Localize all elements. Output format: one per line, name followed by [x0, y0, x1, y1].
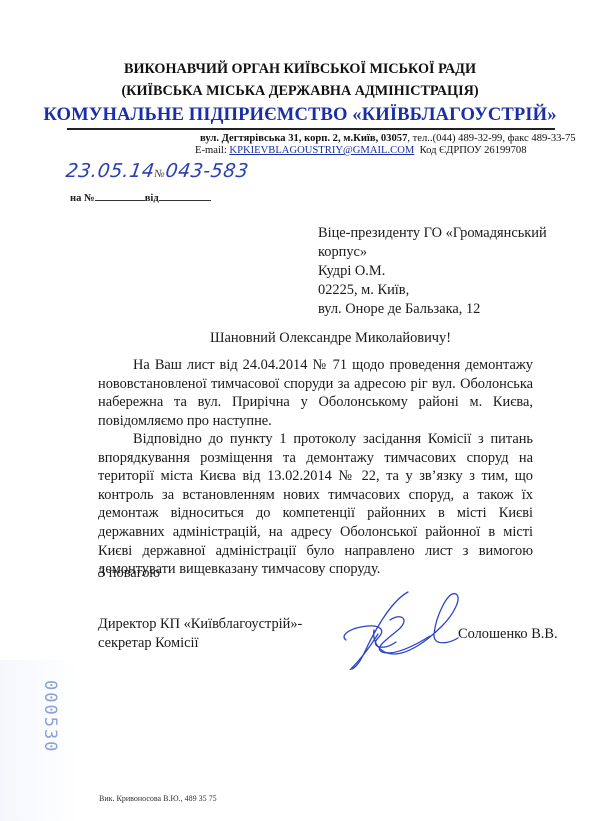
- salutation: Шановний Олександре Миколайовичу!: [210, 330, 451, 347]
- email-link[interactable]: KPKIEVBLAGOUSTRIY@GMAIL.COM: [229, 145, 414, 156]
- signer-title-line: секретар Комісії: [98, 634, 302, 653]
- addressee-line: Віце-президенту ГО «Громадянський: [318, 224, 588, 243]
- signer-title-line: Директор КП «Київблагоустрій»-: [98, 615, 302, 634]
- serial-number-stamp: 000530: [40, 680, 60, 753]
- body-paragraph-1: На Ваш лист від 24.04.2014 № 71 щодо про…: [98, 356, 533, 430]
- letterhead-authority: ВИКОНАВЧИЙ ОРГАН КИЇВСЬКОЇ МІСЬКОЇ РАДИ: [0, 61, 600, 78]
- executor-note: Вик. Кривоносова В.Ю., 489 35 75: [99, 794, 217, 803]
- closing-regards: З повагою: [98, 565, 160, 582]
- address-street: вул. Дегтярівська 31, корп. 2, м.Київ, 0…: [200, 133, 407, 144]
- reply-to-label: на №: [70, 193, 95, 204]
- letterhead-administration: (КИЇВСЬКА МІСЬКА ДЕРЖАВНА АДМІНІСТРАЦІЯ): [0, 83, 600, 100]
- registration-number: 043-583: [164, 160, 250, 182]
- addressee-block: Віце-президенту ГО «Громадянський корпус…: [318, 224, 588, 319]
- reply-number-blank: [95, 190, 145, 201]
- signer-name: Солошенко В.В.: [458, 626, 558, 643]
- reply-date-blank: [159, 190, 211, 201]
- letterhead-address: вул. Дегтярівська 31, корп. 2, м.Київ, 0…: [200, 133, 576, 144]
- from-label: від: [145, 193, 159, 204]
- paragraph-text: Відповідно до пункту 1 протоколу засідан…: [98, 430, 533, 579]
- email-label: E-mail:: [195, 145, 229, 156]
- addressee-line: корпус»: [318, 243, 588, 262]
- registration-handwritten: 23.05.14№043-583: [64, 160, 250, 182]
- signer-title: Директор КП «Київблагоустрій»- секретар …: [98, 615, 302, 652]
- letterhead-divider: [67, 128, 555, 130]
- registration-date: 23.05.14: [64, 160, 156, 182]
- handwritten-signature-icon: [338, 590, 478, 670]
- addressee-line: 02225, м. Київ,: [318, 281, 588, 300]
- addressee-line: вул. Оноре де Бальзака, 12: [318, 300, 588, 319]
- edrpou-code: Код ЄДРПОУ 26199708: [420, 145, 527, 156]
- reply-reference: на №від: [70, 190, 211, 204]
- address-contacts: , тел..(044) 489-32-99, факс 489-33-75: [407, 133, 575, 144]
- body-paragraph-2: Відповідно до пункту 1 протоколу засідан…: [98, 430, 533, 579]
- paragraph-text: На Ваш лист від 24.04.2014 № 71 щодо про…: [98, 356, 533, 430]
- addressee-line: Кудрі О.М.: [318, 262, 588, 281]
- letterhead-email-row: E-mail: KPKIEVBLAGOUSTRIY@GMAIL.COM Код …: [195, 145, 527, 156]
- letterhead-organization: КОМУНАЛЬНЕ ПІДПРИЄМСТВО «КИЇВБЛАГОУСТРІЙ…: [0, 104, 600, 126]
